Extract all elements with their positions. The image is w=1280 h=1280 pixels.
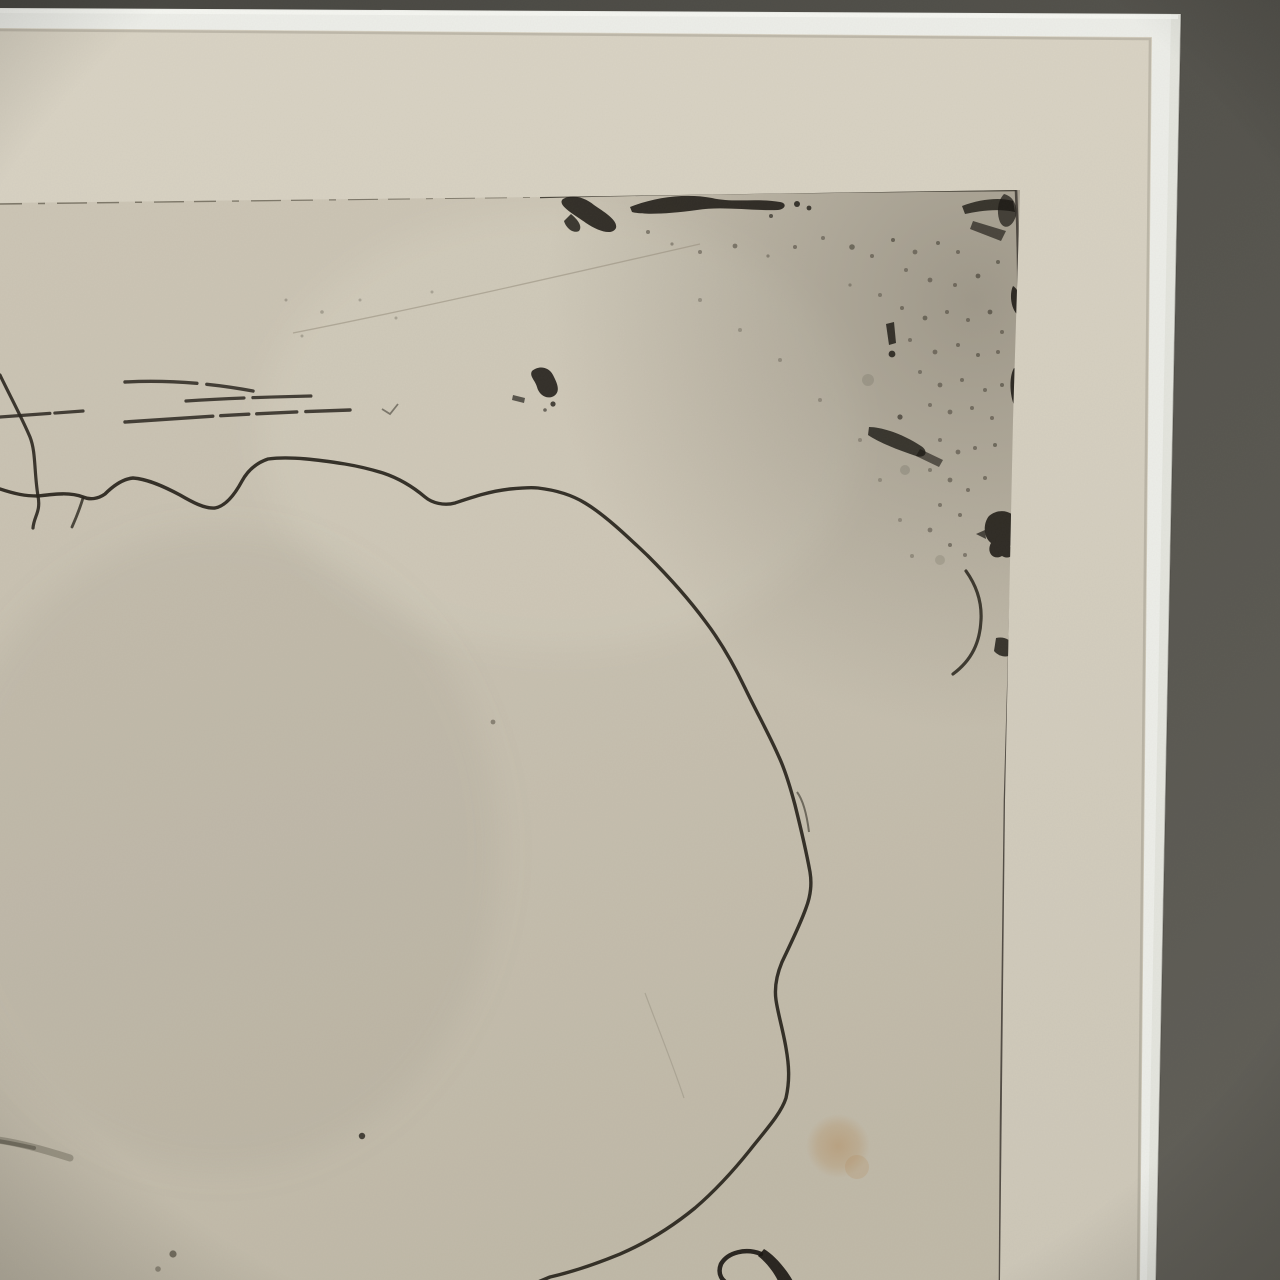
photo-vignette-overlay [0, 0, 1280, 1280]
framed-artwork-photo [0, 0, 1280, 1280]
scene-svg [0, 0, 1280, 1280]
